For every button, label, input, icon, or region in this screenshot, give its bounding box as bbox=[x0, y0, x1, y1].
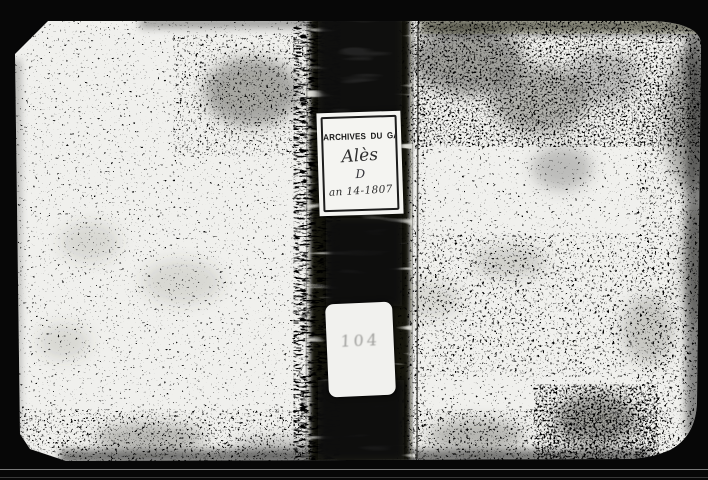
spine bbox=[296, 14, 424, 464]
archive-name: ARCHIVES DU GARD bbox=[323, 130, 395, 142]
register-number-label: 104 bbox=[325, 302, 396, 398]
register-number-faded: 104 bbox=[326, 332, 394, 351]
town-handwritten: Alès bbox=[323, 146, 396, 168]
scanned-register-cover: ARCHIVES DU GARD Alès D an 14-1807 104 bbox=[0, 0, 708, 480]
book-cover-scan-texture bbox=[0, 0, 708, 480]
archive-spine-label: ARCHIVES DU GARD Alès D an 14-1807 bbox=[316, 111, 403, 217]
date-range-handwritten: an 14-1807 bbox=[325, 184, 397, 199]
archive-spine-label-border: ARCHIVES DU GARD Alès D an 14-1807 bbox=[321, 115, 400, 212]
series-letter-handwritten: D bbox=[324, 167, 396, 181]
